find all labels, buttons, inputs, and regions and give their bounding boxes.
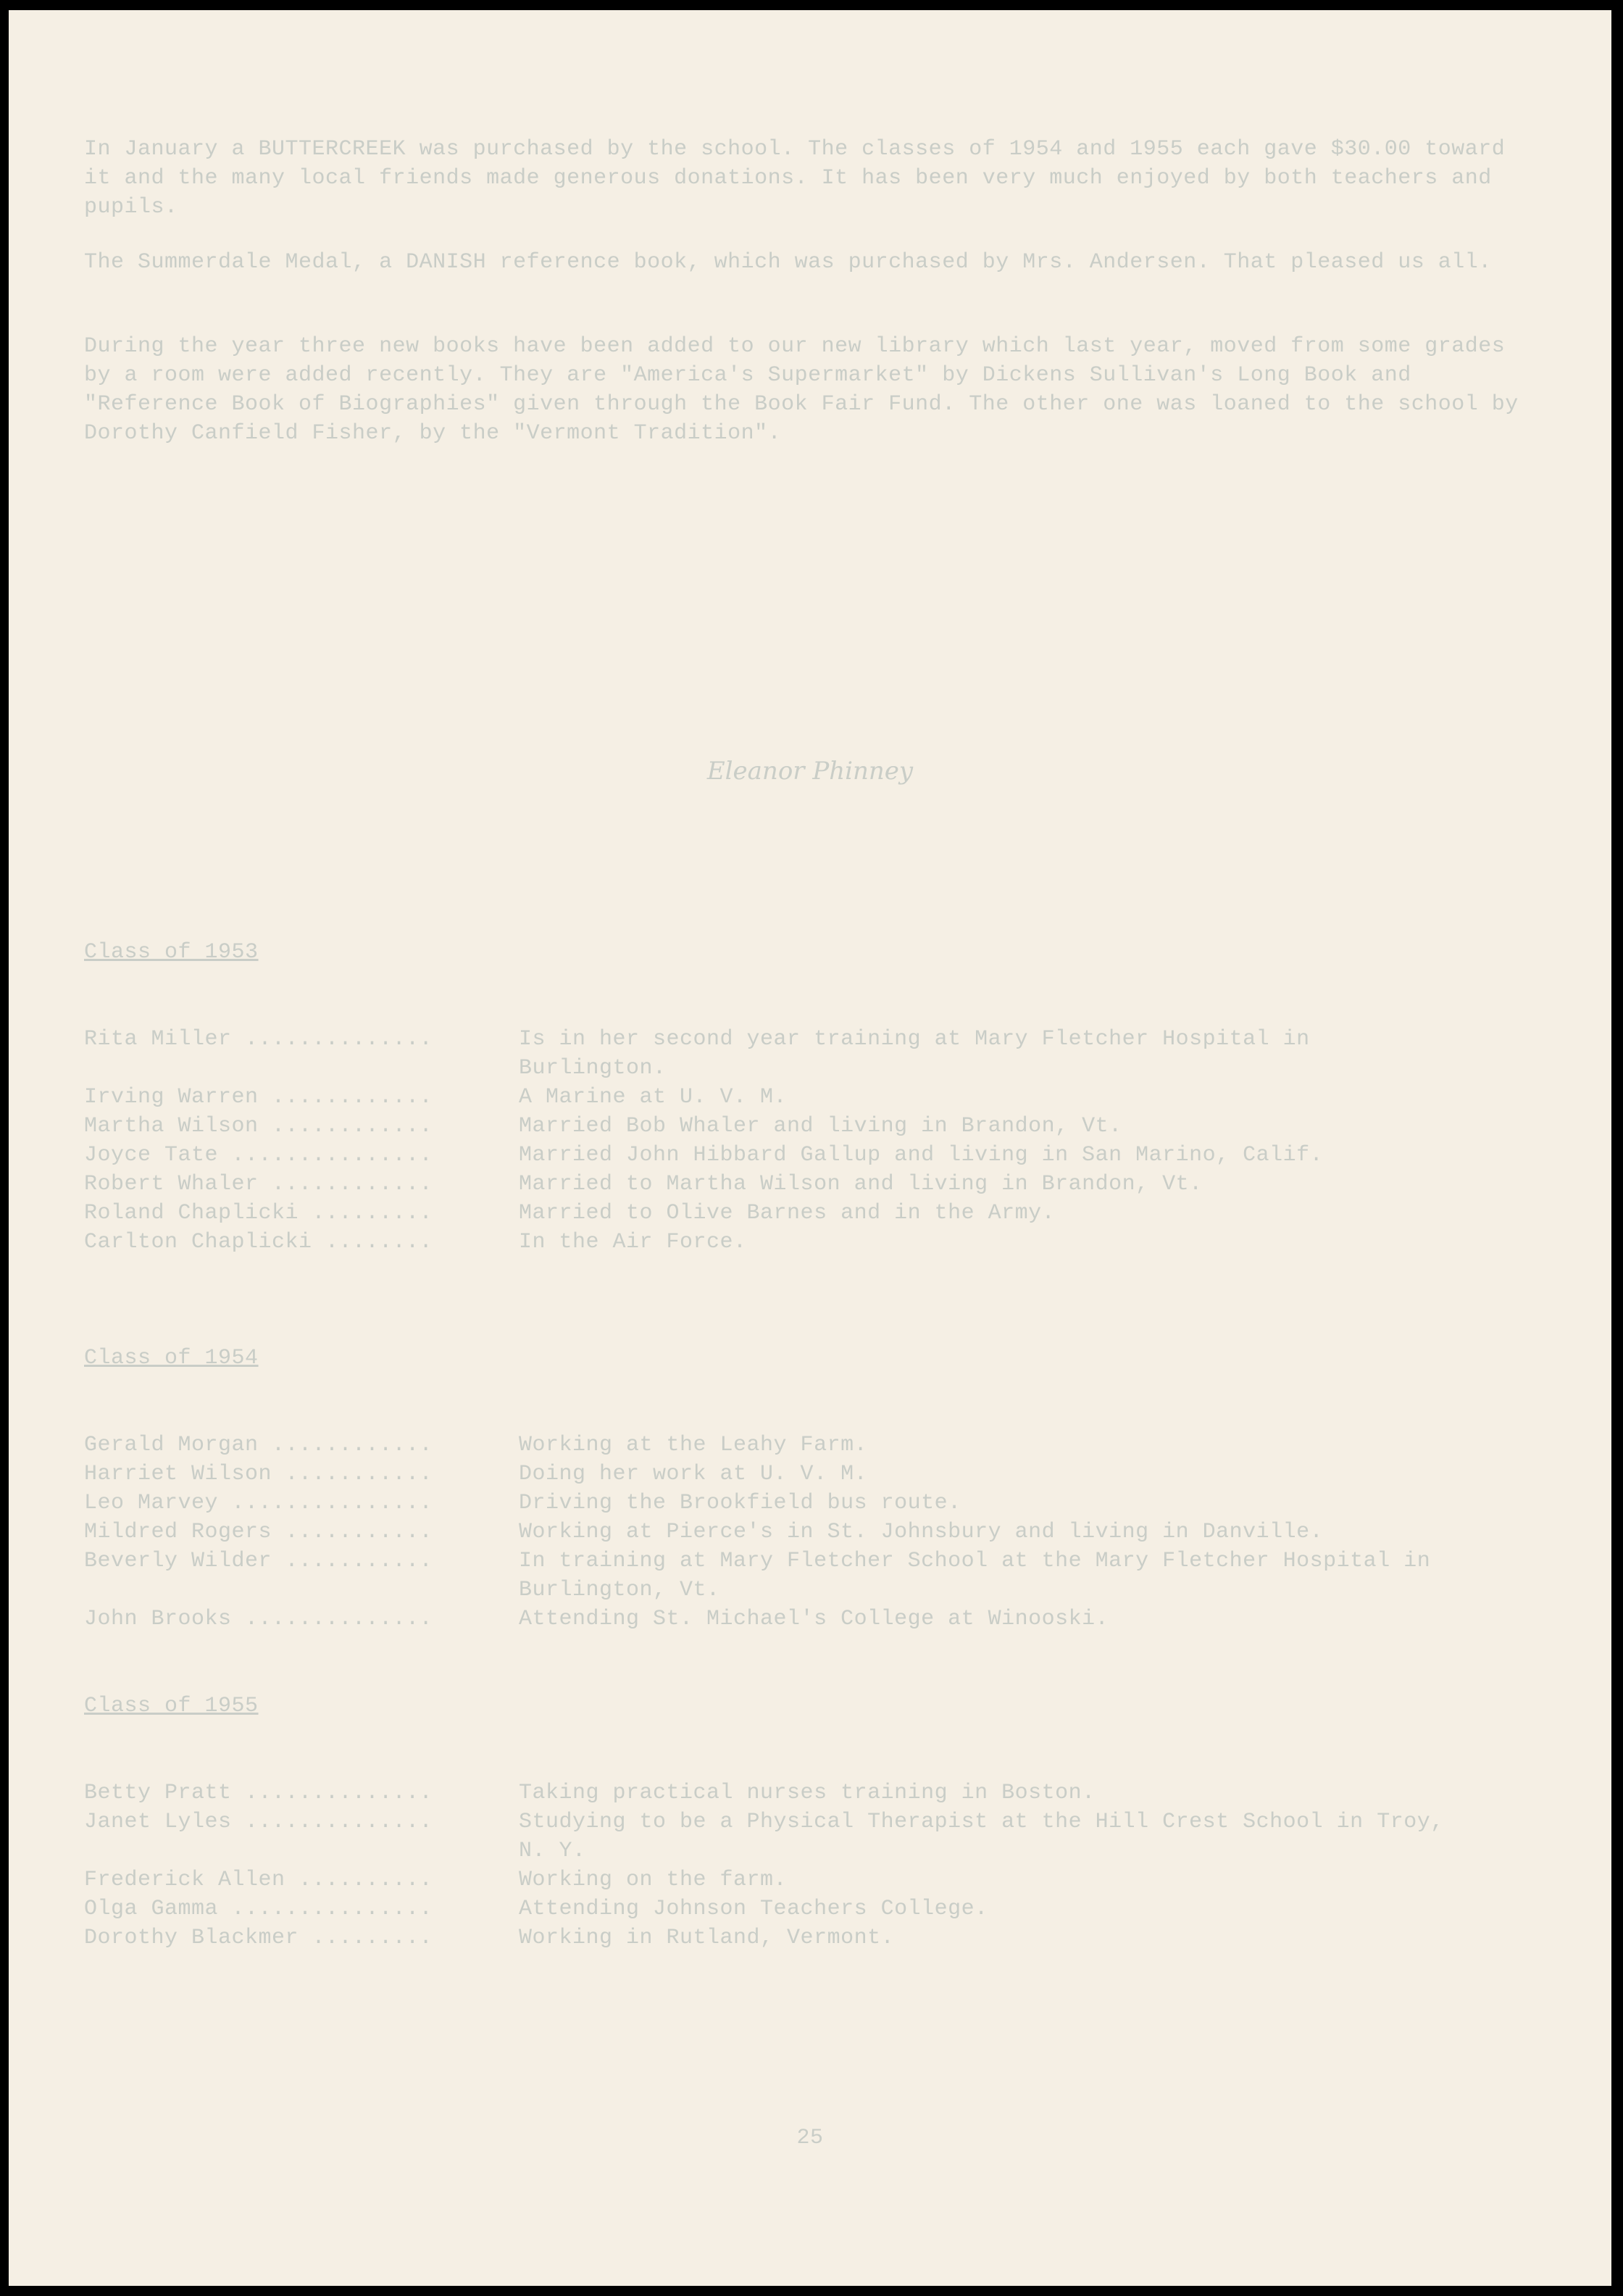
alumni-name: Mildred Rogers ........... [84, 1518, 519, 1547]
alumni-status: Working in Rutland, Vermont. [519, 1923, 1461, 1952]
alumni-status: Married Bob Whaler and living in Brandon… [519, 1112, 1461, 1141]
alumni-entry: Betty Pratt ..............Taking practic… [84, 1779, 1533, 1808]
paragraph-2: The Summerdale Medal, a DANISH reference… [84, 248, 1533, 277]
alumni-status: A Marine at U. V. M. [519, 1083, 1461, 1112]
section-class-1955: Class of 1955 Betty Pratt ..............… [84, 1634, 1533, 2010]
section-title: Class of 1955 [84, 1692, 1533, 1721]
section-title: Class of 1953 [84, 938, 1533, 967]
document-page: In January a BUTTERCREEK was purchased b… [9, 10, 1611, 2286]
alumni-status: Taking practical nurses training in Bost… [519, 1779, 1461, 1808]
alumni-entry: Robert Whaler ............Married to Mar… [84, 1170, 1533, 1199]
alumni-status: Is in her second year training at Mary F… [519, 1025, 1461, 1083]
paragraph-3: During the year three new books have bee… [84, 332, 1533, 448]
alumni-entry: Leo Marvey ...............Driving the Br… [84, 1489, 1533, 1518]
page-number: 25 [9, 2124, 1611, 2152]
alumni-name: Martha Wilson ............ [84, 1112, 519, 1141]
alumni-name: Leo Marvey ............... [84, 1489, 519, 1518]
alumni-entry: Beverly Wilder ...........In training at… [84, 1547, 1533, 1605]
alumni-entry: Gerald Morgan ............Working at the… [84, 1431, 1533, 1460]
alumni-entry: Joyce Tate ...............Married John H… [84, 1141, 1533, 1170]
alumni-name: Robert Whaler ............ [84, 1170, 519, 1199]
alumni-name: Carlton Chaplicki ........ [84, 1228, 519, 1257]
alumni-entry: Dorothy Blackmer .........Working in Rut… [84, 1923, 1533, 1952]
alumni-entry: Olga Gamma ...............Attending John… [84, 1894, 1533, 1923]
alumni-name: Frederick Allen .......... [84, 1865, 519, 1894]
alumni-name: Irving Warren ............ [84, 1083, 519, 1112]
alumni-entry: Rita Miller ..............Is in her seco… [84, 1025, 1533, 1083]
alumni-name: Joyce Tate ............... [84, 1141, 519, 1170]
alumni-name: Roland Chaplicki ......... [84, 1199, 519, 1228]
alumni-name: Harriet Wilson ........... [84, 1460, 519, 1489]
section-class-1953: Class of 1953 Rita Miller ..............… [84, 880, 1533, 1315]
alumni-status: Married John Hibbard Gallup and living i… [519, 1141, 1461, 1170]
alumni-entry: John Brooks ..............Attending St. … [84, 1605, 1533, 1634]
alumni-name: Beverly Wilder ........... [84, 1547, 519, 1605]
alumni-status: Attending St. Michael's College at Winoo… [519, 1605, 1461, 1634]
alumni-name: Dorothy Blackmer ......... [84, 1923, 519, 1952]
alumni-status: Working at Pierce's in St. Johnsbury and… [519, 1518, 1461, 1547]
alumni-status: Driving the Brookfield bus route. [519, 1489, 1461, 1518]
alumni-name: Janet Lyles .............. [84, 1808, 519, 1865]
paragraph-1: In January a BUTTERCREEK was purchased b… [84, 135, 1533, 222]
alumni-status: In training at Mary Fletcher School at t… [519, 1547, 1461, 1605]
alumni-status: Working on the farm. [519, 1865, 1461, 1894]
section-title: Class of 1954 [84, 1344, 1533, 1373]
alumni-entry: Irving Warren ............A Marine at U.… [84, 1083, 1533, 1112]
alumni-status: Doing her work at U. V. M. [519, 1460, 1461, 1489]
alumni-entry: Mildred Rogers ...........Working at Pie… [84, 1518, 1533, 1547]
alumni-name: Betty Pratt .............. [84, 1779, 519, 1808]
alumni-name: Gerald Morgan ............ [84, 1431, 519, 1460]
alumni-status: In the Air Force. [519, 1228, 1461, 1257]
alumni-status: Studying to be a Physical Therapist at t… [519, 1808, 1461, 1865]
signature: Eleanor Phinney [9, 757, 1611, 786]
alumni-status: Working at the Leahy Farm. [519, 1431, 1461, 1460]
alumni-entry: Martha Wilson ............Married Bob Wh… [84, 1112, 1533, 1141]
alumni-name: Rita Miller .............. [84, 1025, 519, 1083]
alumni-status: Married to Olive Barnes and in the Army. [519, 1199, 1461, 1228]
alumni-entry: Roland Chaplicki .........Married to Oli… [84, 1199, 1533, 1228]
alumni-name: John Brooks .............. [84, 1605, 519, 1634]
section-class-1954: Class of 1954 Gerald Morgan ............… [84, 1286, 1533, 1692]
alumni-entry: Frederick Allen ..........Working on the… [84, 1865, 1533, 1894]
alumni-entry: Carlton Chaplicki ........In the Air For… [84, 1228, 1533, 1257]
alumni-entry: Janet Lyles ..............Studying to be… [84, 1808, 1533, 1865]
alumni-status: Married to Martha Wilson and living in B… [519, 1170, 1461, 1199]
alumni-name: Olga Gamma ............... [84, 1894, 519, 1923]
alumni-entry: Harriet Wilson ...........Doing her work… [84, 1460, 1533, 1489]
alumni-status: Attending Johnson Teachers College. [519, 1894, 1461, 1923]
